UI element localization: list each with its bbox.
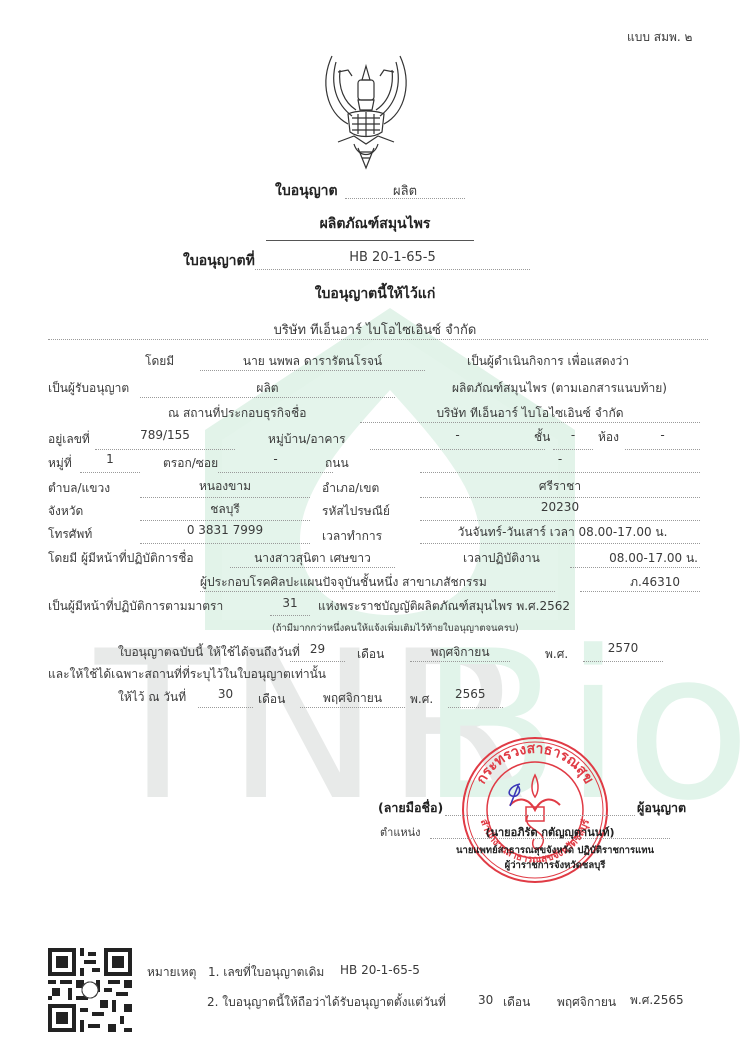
licensor-label: ผู้อนุญาต — [637, 798, 686, 818]
by-label: โดยมี — [145, 352, 174, 371]
issued-year-label: พ.ศ. — [410, 690, 433, 709]
issued-day: 30 — [198, 687, 253, 701]
work-time-label: เวลาปฏิบัติงาน — [463, 549, 540, 568]
issued-label: ให้ไว้ ณ วันที่ — [118, 688, 186, 707]
grantee-name: บริษัท ทีเอ็นอาร์ ไบโอไซเอินซ์ จำกัด — [130, 319, 620, 340]
soi: - — [218, 452, 333, 466]
product-category: ผลิตภัณฑ์สมุนไพร — [230, 213, 520, 235]
postcode: 20230 — [420, 500, 700, 514]
village: - — [370, 428, 545, 442]
work-time: 08.00-17.00 น. — [570, 549, 698, 568]
position-label: ตำแหน่ง — [380, 823, 421, 841]
signature-label: (ลายมือชื่อ) — [378, 798, 443, 818]
province-label: จังหวัด — [48, 502, 83, 521]
province: ชลบุรี — [140, 500, 310, 519]
practitioner-qualification: ผู้ประกอบโรคศิลปะแผนปัจจุบันชั้นหนึ่ง สา… — [200, 573, 487, 592]
valid-month: พฤศจิกายน — [410, 643, 510, 662]
section-number: 31 — [270, 596, 310, 610]
valid-year: 2570 — [583, 641, 663, 655]
phone: 0 3831 7999 — [140, 523, 310, 537]
village-label: หมู่บ้าน/อาคาร — [268, 430, 346, 449]
remark-2-day: 30 — [478, 993, 493, 1007]
house-no: 789/155 — [95, 428, 235, 442]
activity: ผลิต — [140, 379, 395, 398]
practitioner-name: นางสาวสุนิตา เศษขาว — [230, 549, 395, 568]
remark-2-year: พ.ศ.2565 — [630, 991, 684, 1010]
moo-label: หมู่ที่ — [48, 454, 72, 473]
practitioner-license: ภ.46310 — [590, 573, 680, 592]
valid-year-label: พ.ศ. — [545, 645, 568, 664]
floor: - — [553, 428, 593, 442]
signature-icon — [500, 780, 530, 810]
signer-title-1: นายแพทย์สาธารณสุขจังหวัด ปฏิบัติราชการแท… — [415, 843, 695, 858]
valid-month-label: เดือน — [357, 645, 384, 664]
garuda-emblem-icon — [318, 52, 414, 170]
remarks-label: หมายเหตุ — [147, 963, 196, 982]
operator-name: นาย นพพล ดารารัตนโรจน์ — [200, 352, 425, 371]
valid-until-label: ใบอนุญาตฉบับนี้ ให้ใช้ได้จนถึงวันที่ — [118, 643, 300, 662]
issued-month: พฤศจิกายน — [300, 689, 405, 708]
practitioner-note: (ถ้ามีมากกว่าหนึ่งคนให้แจ้งเพิ่มเติมไว้ท… — [272, 621, 519, 636]
remark-2-month-label: เดือน — [503, 993, 530, 1012]
remark-1-value: HB 20-1-65-5 — [340, 963, 420, 977]
district-label: อำเภอ/เขต — [322, 479, 379, 498]
issued-year: 2565 — [455, 687, 486, 701]
road-label: ถนน — [325, 454, 349, 473]
license-number: HB 20-1-65-5 — [255, 250, 530, 265]
hours: วันจันทร์-วันเสาร์ เวลา 08.00-17.00 น. — [420, 523, 705, 542]
remark-2-month: พฤศจิกายน — [557, 993, 616, 1012]
place-only-note: และให้ใช้ได้เฉพาะสถานที่ที่ระบุไว้ในใบอน… — [48, 665, 326, 684]
place-name: บริษัท ทีเอ็นอาร์ ไบโอไซเอินซ์ จำกัด — [360, 404, 700, 423]
signer-title-2: ผู้ว่าราชการจังหวัดชลบุรี — [415, 858, 695, 873]
district: ศรีราชา — [420, 477, 700, 496]
section-label: เป็นผู้มีหน้าที่ปฏิบัติการตามมาตรา — [48, 597, 223, 616]
svg-text:กระทรวงสาธารณสุข: กระทรวงสาธารณสุข — [473, 741, 596, 787]
practitioner-label: โดยมี ผู้มีหน้าที่ปฏิบัติการชื่อ — [48, 549, 194, 568]
soi-label: ตรอก/ซอย — [163, 454, 218, 473]
issued-month-label: เดือน — [258, 690, 285, 709]
house-no-label: อยู่เลขที่ — [48, 430, 90, 449]
activity-suffix: ผลิตภัณฑ์สมุนไพร (ตามเอกสารแนบท้าย) — [452, 379, 667, 398]
place-label: ณ สถานที่ประกอบธุรกิจชื่อ — [168, 404, 306, 423]
subdistrict-label: ตำบล/แขวง — [48, 479, 110, 498]
act-name: แห่งพระราชบัญญัติผลิตภัณฑ์สมุนไพร พ.ศ.25… — [318, 597, 570, 616]
license-label: ใบอนุญาต — [275, 180, 338, 202]
moo: 1 — [80, 452, 140, 466]
phone-label: โทรศัพท์ — [48, 525, 92, 544]
remark-2-text: 2. ใบอนุญาตนี้ให้ถือว่าได้รับอนุญาตตั้งแ… — [207, 993, 446, 1012]
form-code: แบบ สมพ. ๒ — [627, 28, 692, 47]
postcode-label: รหัสไปรษณีย์ — [322, 502, 390, 521]
qr-code-icon[interactable] — [48, 948, 132, 1032]
granted-to-label: ใบอนุญาตนี้ให้ไว้แก่ — [230, 283, 520, 305]
room-label: ห้อง — [598, 428, 619, 447]
hours-label: เวลาทำการ — [322, 527, 382, 546]
remark-1-label: 1. เลขที่ใบอนุญาตเดิม — [208, 963, 324, 982]
subdistrict: หนองขาม — [140, 477, 310, 496]
licensee-label: เป็นผู้รับอนุญาต — [48, 379, 129, 398]
license-no-label: ใบอนุญาตที่ — [183, 250, 255, 272]
road: - — [420, 452, 700, 466]
operator-suffix: เป็นผู้ดำเนินกิจการ เพื่อแสดงว่า — [467, 352, 629, 371]
valid-day: 29 — [290, 642, 345, 656]
floor-label: ชั้น — [534, 428, 550, 447]
room: - — [625, 428, 700, 442]
